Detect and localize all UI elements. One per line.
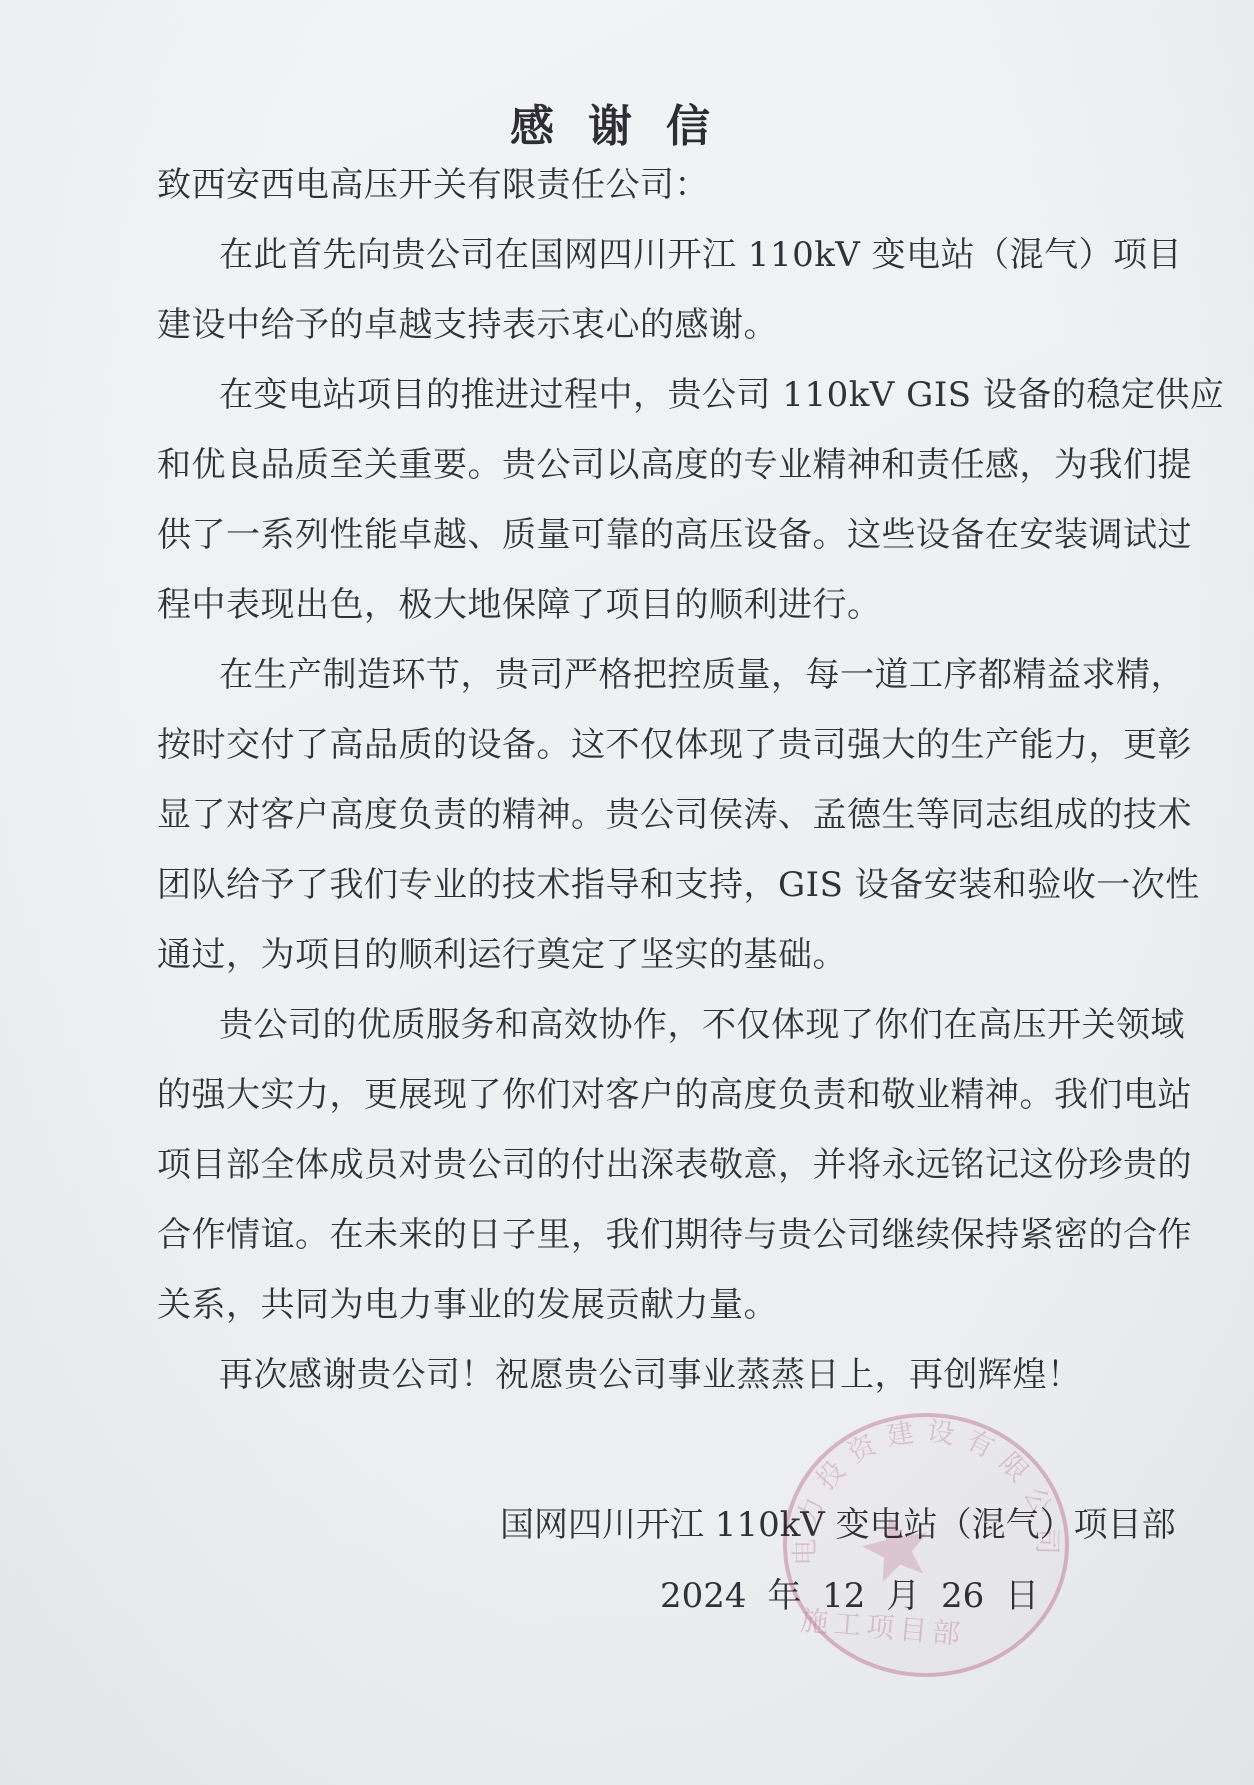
letter-title: 感谢信 <box>0 90 1254 154</box>
letter-photo: 感谢信 致西安西电高压开关有限责任公司： 在此首先向贵公司在国网四川开江 110… <box>0 0 1254 1785</box>
body-line: 团队给予了我们专业的技术指导和支持，GIS 设备安装和验收一次性 <box>157 850 1085 920</box>
body-line: 按时交付了高品质的设备。这不仅体现了贵司强大的生产能力，更彰 <box>157 710 1085 780</box>
body-line: 关系，共同为电力事业的发展贡献力量。 <box>157 1270 1085 1340</box>
body-line: 在此首先向贵公司在国网四川开江 110kV 变电站（混气）项目 <box>157 220 1085 290</box>
body-line: 在生产制造环节，贵司严格把控质量，每一道工序都精益求精， <box>157 640 1085 710</box>
body-line: 通过，为项目的顺利运行奠定了坚实的基础。 <box>157 920 1085 990</box>
body-line: 合作情谊。在未来的日子里，我们期待与贵公司继续保持紧密的合作 <box>157 1200 1085 1270</box>
body-line: 的强大实力，更展现了你们对客户的高度负责和敬业精神。我们电站 <box>157 1060 1085 1130</box>
body-line: 项目部全体成员对贵公司的付出深表敬意，并将永远铭记这份珍贵的 <box>157 1130 1085 1200</box>
body-line: 程中表现出色，极大地保障了项目的顺利进行。 <box>157 570 1085 640</box>
salutation: 致西安西电高压开关有限责任公司： <box>157 150 1085 220</box>
body-line: 供了一系列性能卓越、质量可靠的高压设备。这些设备在安装调试过 <box>157 500 1085 570</box>
body-line: 和优良品质至关重要。贵公司以高度的专业精神和责任感，为我们提 <box>157 430 1085 500</box>
body-line: 在变电站项目的推进过程中，贵公司 110kV GIS 设备的稳定供应 <box>157 360 1085 430</box>
body-line: 贵公司的优质服务和高效协作，不仅体现了你们在高压开关领域 <box>157 990 1085 1060</box>
body-line: 建设中给予的卓越支持表示衷心的感谢。 <box>157 290 1085 360</box>
body-line: 显了对客户高度负责的精神。贵公司侯涛、孟德生等同志组成的技术 <box>157 780 1085 850</box>
letter-body: 致西安西电高压开关有限责任公司： 在此首先向贵公司在国网四川开江 110kV 变… <box>157 150 1085 1410</box>
body-line: 再次感谢贵公司！祝愿贵公司事业蒸蒸日上，再创辉煌！ <box>157 1340 1085 1410</box>
official-seal: 电力投资建设有限公司 施工项目部 <box>782 1408 1070 1696</box>
